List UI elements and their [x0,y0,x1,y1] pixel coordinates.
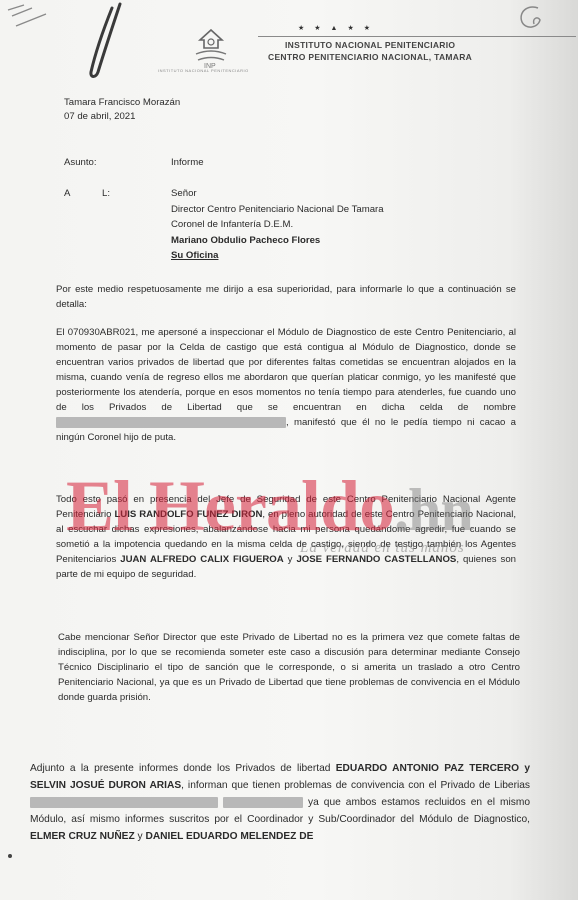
handwritten-initial-icon [508,2,554,36]
person-name: SELVIN JOSUÉ DURON ARIAS [30,780,181,791]
header-stars: ★★▲★★ [298,24,380,32]
person-name: JOSE FERNANDO CASTELLANOS [296,554,456,565]
margin-mark [8,854,12,858]
person-name: EDUARDO ANTONIO PAZ TERCERO [336,763,519,774]
subject-label: Asunto: [64,155,97,170]
recipient-name: Mariano Obdulio Pacheco Flores [171,233,384,249]
paragraph-recommendation: Cabe mencionar Señor Director que este P… [58,630,520,705]
institution-logo-icon: INP [182,28,240,72]
paragraph-incident: El 070930ABR021, me apersoné a inspeccio… [56,325,516,445]
handwritten-stroke-icon [80,2,130,80]
to-label-l: L: [102,186,110,201]
institution-name: INSTITUTO NACIONAL PENITENCIARIO [285,40,455,50]
redacted-name [223,797,303,808]
paragraph-attachments: Adjunto a la presente informes donde los… [30,760,530,845]
person-name: ELMER CRUZ NUÑEZ [30,831,135,842]
recipient-title: Director Centro Penitenciario Nacional D… [171,202,384,218]
logo-caption: INSTITUTO NACIONAL PENITENCIARIO [158,68,249,73]
header-rule [258,36,576,37]
recipient-block: Señor Director Centro Penitenciario Naci… [171,186,384,264]
recipient-rank: Coronel de Infantería D.E.M. [171,217,384,233]
recipient-office: Su Oficina [171,248,384,264]
person-name: LUIS RANDOLFO FUNEZ DIRON [114,509,262,520]
recipient-salutation: Señor [171,186,384,202]
letter-date: 07 de abril, 2021 [64,109,135,124]
person-name: DANIEL EDUARDO MELENDEZ DE [145,831,313,842]
letter-place: Tamara Francisco Morazán [64,95,180,110]
redacted-name [56,417,286,428]
document-page: INP INSTITUTO NACIONAL PENITENCIARIO ★★▲… [0,0,578,900]
to-label-a: A [64,186,70,201]
subject-value: Informe [171,155,204,170]
paragraph-intro: Por este medio respetuosamente me dirijo… [56,282,516,312]
center-name: CENTRO PENITENCIARIO NACIONAL, TAMARA [268,52,472,62]
redacted-name [30,797,218,808]
person-name: JUAN ALFREDO CALIX FIGUEROA [120,554,283,565]
handwritten-mark-icon [6,2,50,30]
paragraph-witnesses: Todo esto pasó en presencia del Jefe de … [56,492,516,582]
